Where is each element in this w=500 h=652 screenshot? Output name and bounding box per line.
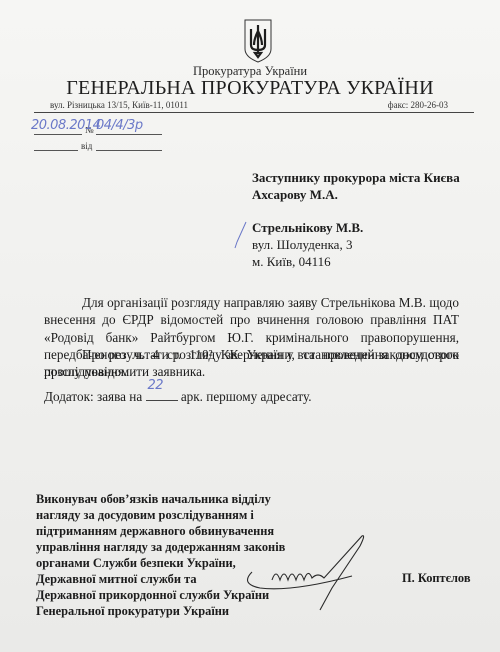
handwritten-number: 04/4/3р [96,118,143,133]
signer-name: П. Коптєлов [402,571,471,586]
signatory-title-line: нагляду за досудовим розслідуванням і [36,507,285,523]
date-underline [34,134,82,135]
handwritten-signature-icon [232,532,412,612]
recipient-secondary-name: Стрельнікову М.В. [252,219,363,236]
document-page: Прокуратура України ГЕНЕРАЛЬНА ПРОКУРАТУ… [0,0,500,652]
attachment-prefix: Додаток: заява на [44,389,142,404]
ref-date-underline [34,150,78,151]
body-paragraph-2: Про результати розгляду звернення у вста… [44,346,459,381]
recipient-primary-title: Заступнику прокурора міста Києва [252,169,460,186]
attachment-pages-handwritten: 22 [148,378,164,393]
attachment-line: Додаток: заява на 22 арк. першому адреса… [44,388,312,405]
from-label: від [81,141,92,151]
letterhead-divider [34,112,474,113]
ref-number-underline [96,150,162,151]
recipient-primary-name: Ахсарову М.А. [252,186,338,203]
attachment-pages-field: 22 [146,388,178,401]
org-fax: факс: 280-26-03 [388,100,448,110]
recipient-secondary-city: м. Київ, 04116 [252,253,331,270]
recipient-secondary-street: вул. Шолуденка, 3 [252,236,352,253]
trident-emblem-icon [243,19,273,63]
signatory-title-line: Виконувач обов’язків начальника відділу [36,491,285,507]
handwritten-checkmark-icon [233,220,247,250]
handwritten-date: 20.08.2014 [31,118,100,133]
attachment-suffix: арк. першому адресату. [181,389,312,404]
number-underline [96,134,162,135]
org-title: ГЕНЕРАЛЬНА ПРОКУРАТУРА УКРАЇНИ [0,77,500,100]
org-address: вул. Різницька 13/15, Київ-11, 01011 [50,100,188,110]
